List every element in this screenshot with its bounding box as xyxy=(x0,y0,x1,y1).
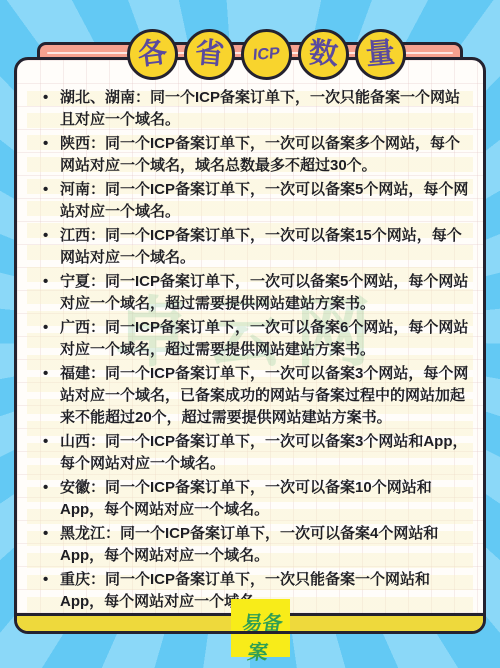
title-char-circle-3: ICP xyxy=(241,29,292,80)
bullet-icon: • xyxy=(43,87,60,109)
bullet-icon: • xyxy=(43,179,60,201)
list-item-anhui: •安徽：同一个ICP备案订单下，一次可以备案10个网站和App，每个网站对应一个… xyxy=(43,477,473,521)
content-card: 卓云网 •湖北、湖南：同一个ICP备案订单下，一次只能备案一个网站且对应一个域名… xyxy=(14,57,486,634)
bullet-icon: • xyxy=(43,271,60,293)
title-char: 量 xyxy=(365,39,396,70)
bullet-icon: • xyxy=(43,133,60,155)
list-item-text: 宁夏：同一ICP备案订单下，一次可以备案5个网站，每个网站对应一个域名，超过需要… xyxy=(60,273,468,312)
bullet-icon: • xyxy=(43,477,60,499)
list-item-hubei-hunan: •湖北、湖南：同一个ICP备案订单下，一次只能备案一个网站且对应一个域名。 xyxy=(43,87,473,131)
list-item-text: 福建：同一个ICP备案订单下，一次可以备案3个网站，每个网站对应一个域名，已备案… xyxy=(60,365,468,426)
brand-tag-divider xyxy=(231,631,290,634)
bullet-icon: • xyxy=(43,523,60,545)
title-char: 数 xyxy=(308,39,339,70)
list-item-shaanxi: •陕西：同一个ICP备案订单下，一次可以备案多个网站，每个网站对应一个域名，域名… xyxy=(43,133,473,177)
list-item-text: 山西：同一个ICP备案订单下，一次可以备案3个网站和App，每个网站对应一个域名… xyxy=(60,433,468,472)
list-item-text: 江西：同一个ICP备案订单下，一次可以备案15个网站，每个网站对应一个域名。 xyxy=(60,227,462,266)
list-item-text: 湖北、湖南：同一个ICP备案订单下，一次只能备案一个网站且对应一个域名。 xyxy=(60,89,460,128)
title-char-circle-2: 省 xyxy=(184,29,235,80)
list-item-heilongjiang: •黑龙江：同一个ICP备案订单下，一次可以备案4个网站和App，每个网站对应一个… xyxy=(43,523,473,567)
list-item-text: 黑龙江：同一个ICP备案订单下，一次可以备案4个网站和App，每个网站对应一个域… xyxy=(60,525,438,564)
bullet-icon: • xyxy=(43,431,60,453)
bullet-icon: • xyxy=(43,363,60,385)
brand-tag: 易备案 xyxy=(231,599,290,657)
list-item-henan: •河南：同一个ICP备案订单下，一次可以备案5个网站，每个网站对应一个域名。 xyxy=(43,179,473,223)
list-item-jiangxi: •江西：同一个ICP备案订单下，一次可以备案15个网站，每个网站对应一个域名。 xyxy=(43,225,473,269)
list-item-shanxi: •山西：同一个ICP备案订单下，一次可以备案3个网站和App，每个网站对应一个域… xyxy=(43,431,473,475)
title-char: 各 xyxy=(136,38,168,70)
title-char: 省 xyxy=(194,39,225,70)
bullet-icon: • xyxy=(43,317,60,339)
title-char-circle-1: 各 xyxy=(127,29,178,80)
province-rules-list: •湖北、湖南：同一个ICP备案订单下，一次只能备案一个网站且对应一个域名。 •陕… xyxy=(43,87,473,615)
list-item-ningxia: •宁夏：同一ICP备案订单下，一次可以备案5个网站，每个网站对应一个域名，超过需… xyxy=(43,271,473,315)
list-item-text: 广西：同一ICP备案订单下，一次可以备案6个网站，每个网站对应一个域名，超过需要… xyxy=(60,319,468,358)
list-item-text: 河南：同一个ICP备案订单下，一次可以备案5个网站，每个网站对应一个域名。 xyxy=(60,181,468,220)
list-item-text: 安徽：同一个ICP备案订单下，一次可以备案10个网站和App，每个网站对应一个域… xyxy=(60,479,432,518)
title-char-circle-4: 数 xyxy=(298,29,349,80)
bullet-icon: • xyxy=(43,569,60,591)
list-item-guangxi: •广西：同一ICP备案订单下，一次可以备案6个网站，每个网站对应一个域名，超过需… xyxy=(43,317,473,361)
list-item-fujian: •福建：同一个ICP备案订单下，一次可以备案3个网站，每个网站对应一个域名，已备… xyxy=(43,363,473,429)
list-item-text: 陕西：同一个ICP备案订单下，一次可以备案多个网站，每个网站对应一个域名，域名总… xyxy=(60,135,460,174)
bullet-icon: • xyxy=(43,225,60,247)
poster-background: { "title": { "characters": ["各", "省", "I… xyxy=(0,0,500,668)
title-char-circle-5: 量 xyxy=(355,29,406,80)
title-char: ICP xyxy=(252,46,280,64)
brand-tag-text: 易备案 xyxy=(226,607,294,665)
